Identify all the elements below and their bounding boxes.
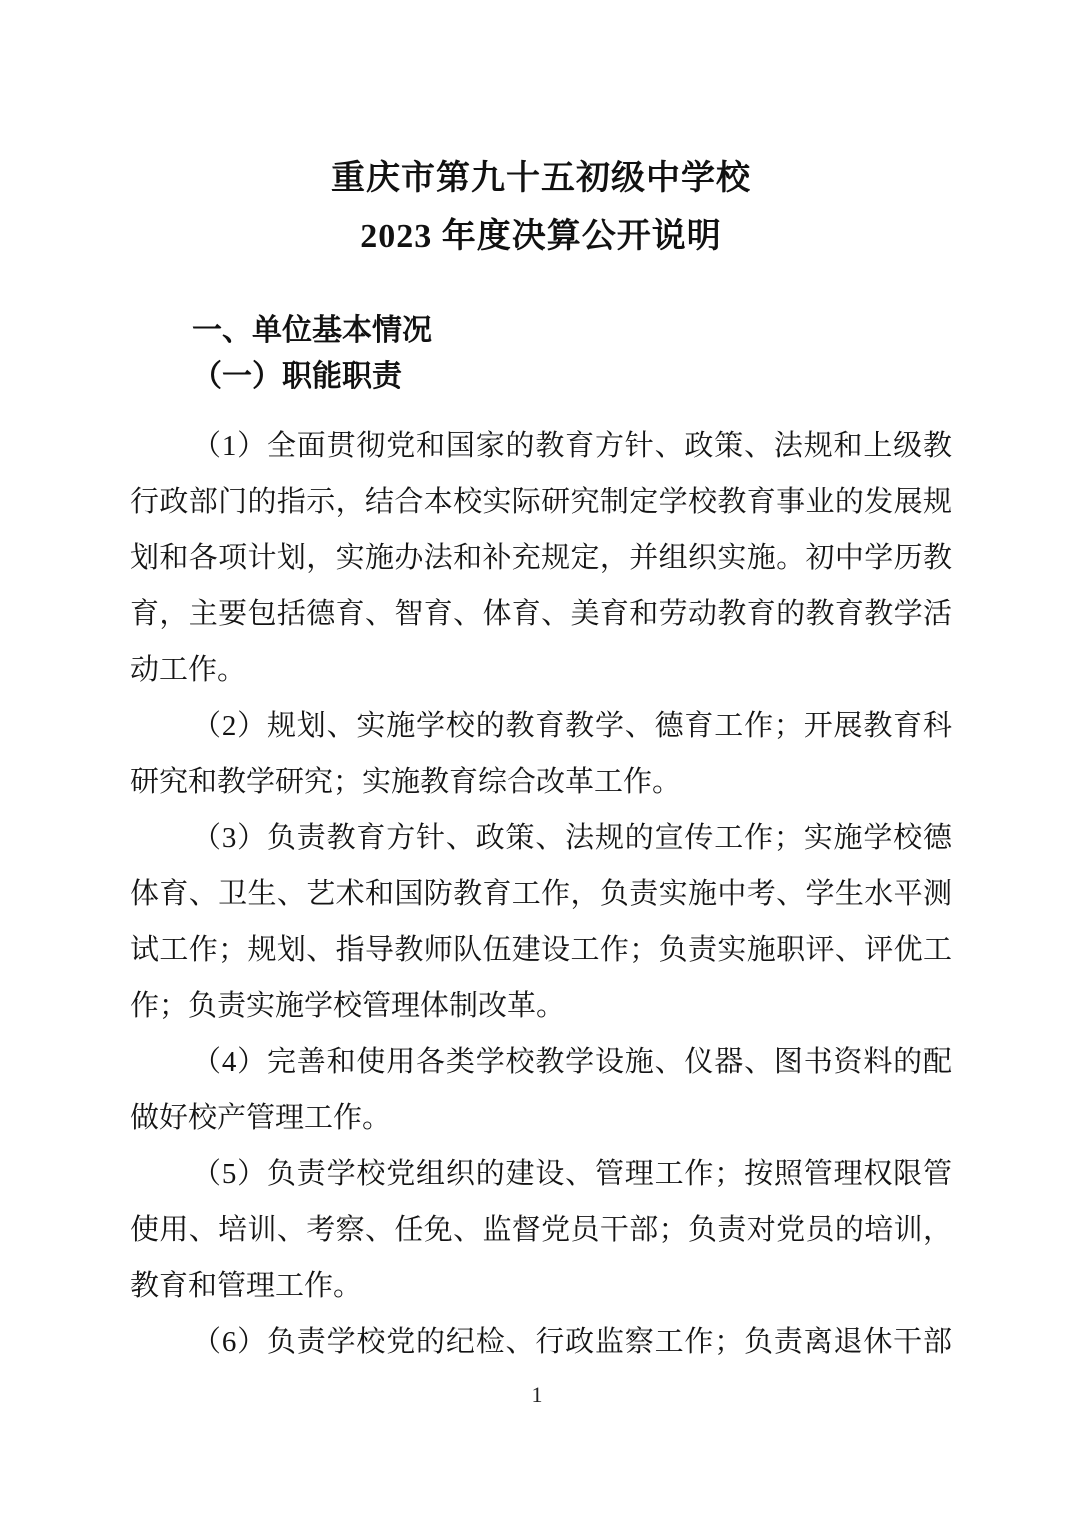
document-body: 重庆市第九十五初级中学校 2023 年度决算公开说明 一、单位基本情况 （一）职… xyxy=(130,150,952,1370)
paragraph-line: （3）负责教育方针、政策、法规的宣传工作；实施学校德育、 xyxy=(130,810,952,866)
paragraph-4: （4）完善和使用各类学校教学设施、仪器、图书资料的配备； 做好校产管理工作。 xyxy=(130,1034,952,1146)
paragraph-line: （6）负责学校党的纪检、行政监察工作；负责离退休干部管 xyxy=(130,1314,952,1370)
paragraph-3: （3）负责教育方针、政策、法规的宣传工作；实施学校德育、 体育、卫生、艺术和国防… xyxy=(130,810,952,1034)
title-line-2: 2023 年度决算公开说明 xyxy=(130,208,952,266)
paragraph-line: 试工作；规划、指导教师队伍建设工作；负责实施职评、评优工 xyxy=(130,922,952,978)
paragraph-line: （1）全面贯彻党和国家的教育方针、政策、法规和上级教育 xyxy=(130,418,952,474)
document-page: 重庆市第九十五初级中学校 2023 年度决算公开说明 一、单位基本情况 （一）职… xyxy=(0,0,1074,1520)
paragraph-5: （5）负责学校党组织的建设、管理工作；按照管理权限管理、 使用、培训、考察、任免… xyxy=(130,1146,952,1314)
paragraph-line: （5）负责学校党组织的建设、管理工作；按照管理权限管理、 xyxy=(130,1146,952,1202)
paragraph-line: 使用、培训、考察、任免、监督党员干部；负责对党员的培训， xyxy=(130,1202,952,1258)
paragraph-line: 作；负责实施学校管理体制改革。 xyxy=(130,978,952,1034)
paragraph-line: 教育和管理工作。 xyxy=(130,1258,952,1314)
document-title: 重庆市第九十五初级中学校 2023 年度决算公开说明 xyxy=(130,150,952,266)
paragraph-2: （2）规划、实施学校的教育教学、德育工作；开展教育科学 研究和教学研究；实施教育… xyxy=(130,698,952,810)
paragraph-line: （2）规划、实施学校的教育教学、德育工作；开展教育科学 xyxy=(130,698,952,754)
section-heading-unit-basic-info: 一、单位基本情况 xyxy=(130,308,952,354)
paragraph-line: （4）完善和使用各类学校教学设施、仪器、图书资料的配备； xyxy=(130,1034,952,1090)
paragraph-line: 育，主要包括德育、智育、体育、美育和劳动教育的教育教学活 xyxy=(130,586,952,642)
paragraph-line: 行政部门的指示，结合本校实际研究制定学校教育事业的发展规 xyxy=(130,474,952,530)
paragraph-6: （6）负责学校党的纪检、行政监察工作；负责离退休干部管 xyxy=(130,1314,952,1370)
body-text: （1）全面贯彻党和国家的教育方针、政策、法规和上级教育 行政部门的指示，结合本校… xyxy=(130,418,952,1370)
page-number: 1 xyxy=(0,1380,1074,1410)
paragraph-line: 做好校产管理工作。 xyxy=(130,1090,952,1146)
paragraph-1: （1）全面贯彻党和国家的教育方针、政策、法规和上级教育 行政部门的指示，结合本校… xyxy=(130,418,952,698)
subsection-heading-duties: （一）职能职责 xyxy=(130,354,952,400)
paragraph-line: 划和各项计划，实施办法和补充规定，并组织实施。初中学历教 xyxy=(130,530,952,586)
paragraph-line: 动工作。 xyxy=(130,642,952,698)
paragraph-line: 体育、卫生、艺术和国防教育工作，负责实施中考、学生水平测 xyxy=(130,866,952,922)
paragraph-line: 研究和教学研究；实施教育综合改革工作。 xyxy=(130,754,952,810)
title-line-1: 重庆市第九十五初级中学校 xyxy=(130,150,952,208)
